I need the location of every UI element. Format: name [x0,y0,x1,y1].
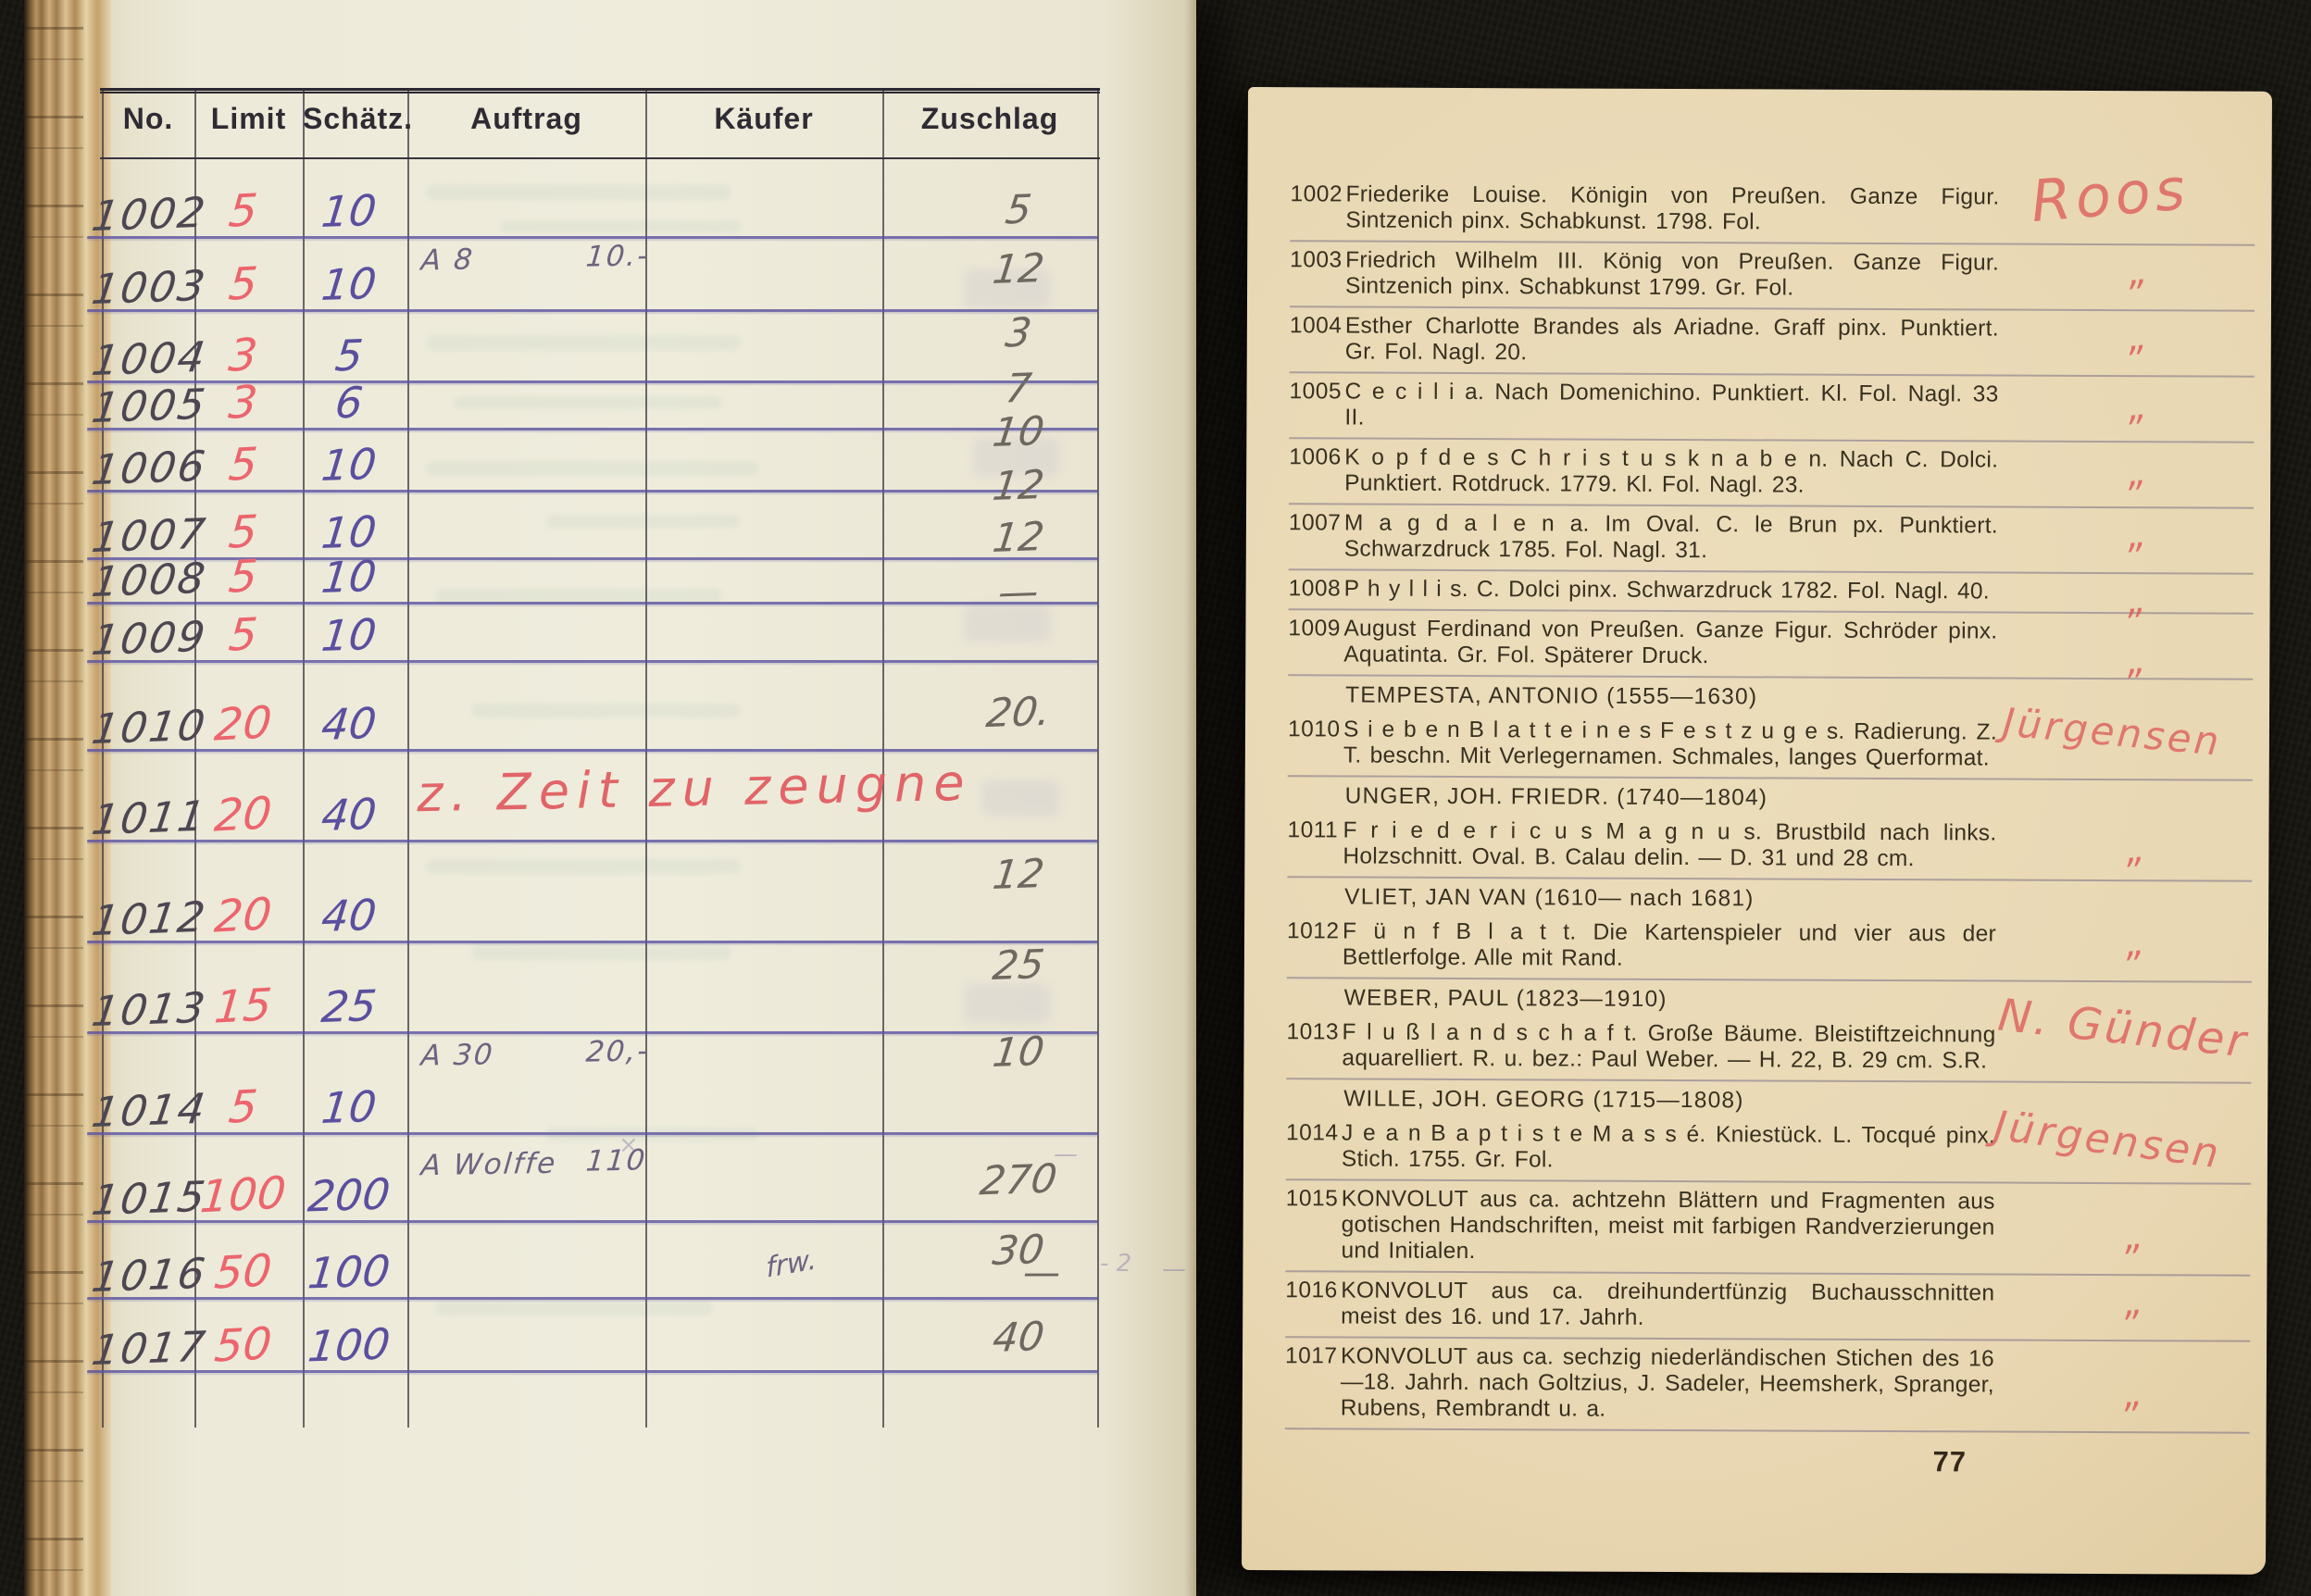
catalog-entry: 1003Friedrich Wilhelm III. König von Pre… [1290,242,2255,312]
catalog-entry: 1015KONVOLUT aus ca. achtzehn Blättern u… [1285,1180,2250,1277]
faint-pencil-mark: — [1162,1255,1186,1283]
catalog-entries: 1002Friederike Louise. Königin von Preuß… [1284,176,2255,1480]
lot-description: Esther Charlotte Brandes als Ariadne. Gr… [1345,313,1999,368]
estimate-value-handwritten: 100 [295,1245,403,1299]
hammer-price-handwritten: 12 [946,512,1092,563]
hammer-price-handwritten: 3 [946,307,1092,358]
lot-number: 1011 [1287,817,1343,869]
hammer-price-handwritten: 12 [946,849,1092,900]
limit-value-handwritten: 50 [187,1316,299,1374]
limit-value-handwritten: 5 [187,548,299,605]
book-spread-scan: No.LimitSchätz.AuftragKäuferZuschlag 100… [0,0,2311,1596]
table-vertical-rule [645,91,647,1428]
lot-number: 1016 [1285,1278,1341,1329]
lot-description: KONVOLUT aus ca. sechzig niederländische… [1341,1343,1994,1424]
faint-pencil-mark: - 2 [1100,1250,1131,1278]
limit-value-handwritten: 5 [187,182,299,240]
catalog-entry: 1006K o p f d e s C h r i s t u s k n a … [1289,439,2254,509]
column-header: Schätz. [303,102,407,136]
lot-number: 1006 [1289,444,1344,496]
lot-number: 1008 [1289,576,1344,602]
column-header: Käufer [645,102,882,136]
limit-value-handwritten: 5 [187,606,299,664]
catalog-entry: 1005C e c i l i a. Nach Domenichino. Pun… [1289,373,2254,443]
lot-number: 1004 [1290,313,1345,365]
artist-heading: VLIET, JAN VAN (1610— nach 1681) [1287,878,2252,917]
catalog-entry: 1008P h y l l i s. C. Dolci pinx. Schwar… [1289,570,2254,615]
lot-description: J e a n B a p t i s t e M a s s é. Knies… [1342,1120,1995,1175]
catalog-entry: 1014J e a n B a p t i s t e M a s s é. K… [1286,1115,2251,1185]
limit-value-handwritten: 5 [187,1079,299,1136]
lot-description: K o p f d e s C h r i s t u s k n a b e … [1344,444,1998,499]
column-header: Auftrag [407,102,645,136]
hammer-price-handwritten: 10 [946,406,1092,457]
lot-number: 1009 [1288,616,1343,667]
page-number: 77 [1932,1445,2016,1478]
ditto-mark-red-annotation: „ [2125,385,2146,430]
lot-number: 1010 [1288,717,1343,768]
table-top-rule [100,88,1100,94]
limit-value-handwritten: 20 [187,695,299,753]
hammer-price-handwritten: — [946,567,1092,617]
estimate-value-handwritten: 40 [295,697,403,751]
ditto-mark-red-annotation: „ [2124,639,2145,683]
lot-number: 1012 [1287,918,1343,970]
ditto-mark-red-annotation: „ [2121,1215,2142,1259]
limit-value-handwritten: 15 [187,978,299,1035]
buyer-note-handwritten: frw. [765,1243,818,1285]
lot-number: 1014 [1286,1120,1342,1172]
estimate-value-handwritten: 10 [295,184,403,238]
estimate-value-handwritten: 6 [295,376,403,430]
limit-value-handwritten: 50 [187,1243,299,1301]
estimate-value-handwritten: 100 [295,1318,403,1372]
catalog-entry: 1016KONVOLUT aus ca. dreihundertfünzig B… [1285,1272,2250,1342]
lot-number: 1003 [1290,247,1345,299]
ditto-mark-red-annotation: „ [2121,1280,2142,1325]
limit-value-handwritten: 20 [187,786,299,843]
ditto-mark-red-annotation: „ [2125,513,2146,557]
estimate-value-handwritten: 5 [295,329,403,382]
lot-description: C e c i l i a. Nach Domenichino. Punktie… [1344,379,1998,433]
hammer-price-handwritten: 40 [946,1312,1092,1363]
catalog-entry: 1007M a g d a l e n a. Im Oval. C. le Br… [1289,505,2254,575]
hammer-price-handwritten: 30 [946,1225,1092,1276]
order-note-handwritten: A 30 [419,1038,495,1072]
lot-description: F ü n f B l a t t. Die Kartenspieler und… [1343,918,1996,973]
estimate-value-handwritten: 10 [295,257,403,311]
lot-number: 1013 [1286,1019,1342,1071]
table-vertical-rule [1097,91,1099,1428]
lot-number: 1015 [1285,1186,1341,1264]
faint-pencil-mark: × [618,1131,639,1159]
catalog-entry: 1009August Ferdinand von Preußen. Ganze … [1288,610,2253,680]
lot-description: KONVOLUT aus ca. achtzehn Blättern und F… [1341,1186,1994,1266]
lot-description: Friederike Louise. Königin von Preußen. … [1345,181,1999,236]
ditto-mark-red-annotation: „ [2125,451,2146,495]
catalog-entry: 1004Esther Charlotte Brandes als Ariadne… [1290,307,2255,378]
ditto-mark-red-annotation: „ [2121,1372,2142,1416]
ditto-mark-red-annotation: „ [2126,316,2147,360]
hammer-price-underdash: — [1023,1252,1060,1294]
withdrawn-note-red-handwritten: z. Zeit zu zeugne [416,754,972,824]
lot-description: F r i e d e r i c u s M a g n u s. Brust… [1343,817,1996,872]
column-header: Limit [194,102,303,136]
order-note-handwritten: A 8 [419,243,475,278]
lot-description: August Ferdinand von Preußen. Ganze Figu… [1343,616,1997,670]
estimate-value-handwritten: 10 [295,438,403,492]
catalog-entry: 1010S i e b e n B l a t t e i n e s F e … [1288,711,2253,781]
catalog-entry: 1002Friederike Louise. Königin von Preuß… [1290,176,2255,246]
estimate-value-handwritten: 40 [295,889,403,942]
hammer-price-handwritten: 25 [946,940,1092,991]
estimate-value-handwritten: 10 [295,1080,403,1134]
hammer-price-handwritten: 10 [946,1027,1092,1078]
ditto-mark-red-annotation: „ [2126,250,2147,294]
lot-number: 1017 [1285,1343,1341,1421]
lot-number: 1007 [1289,510,1344,562]
catalog-entry: 1012F ü n f B l a t t. Die Kartenspieler… [1287,913,2252,983]
catalog-entry: 1017KONVOLUT aus ca. sechzig niederländi… [1285,1338,2250,1434]
catalog-entry: 1011F r i e d e r i c u s M a g n u s. B… [1287,812,2252,882]
hammer-price-handwritten: 12 [946,460,1092,511]
lot-number: 1002 [1290,181,1345,233]
limit-value-handwritten: 20 [187,887,299,944]
lot-description: P h y l l i s. C. Dolci pinx. Schwarzdru… [1344,576,1998,605]
catalog-page: 1002Friederike Louise. Königin von Preuß… [1242,87,2272,1575]
hammer-price-handwritten: 5 [946,184,1092,235]
hammer-price-handwritten: 12 [946,243,1092,294]
order-amount-handwritten: 10.- [584,239,651,273]
hammer-price-handwritten: 20. [946,687,1092,738]
lot-description: M a g d a l e n a. Im Oval. C. le Brun p… [1344,510,1998,565]
limit-value-handwritten: 100 [187,1166,299,1224]
buyer-name-red-annotation: Roos [2029,155,2192,235]
column-header: Zuschlag [882,102,1097,136]
order-amount-handwritten: 20,- [584,1034,651,1068]
estimate-value-handwritten: 200 [295,1168,403,1222]
table-header-rule [100,157,1100,159]
limit-value-handwritten: 5 [187,436,299,493]
limit-value-handwritten: 3 [187,374,299,431]
artist-heading: UNGER, JOH. FRIEDR. (1740—1804) [1288,777,2253,817]
lot-description: S i e b e n B l a t t e i n e s F e s t … [1343,717,1997,771]
estimate-value-handwritten: 10 [295,550,403,604]
faint-pencil-mark: — [1054,1141,1078,1168]
estimate-value-handwritten: 10 [295,608,403,662]
ditto-mark-red-annotation: „ [2123,921,2144,966]
table-vertical-rule [407,91,409,1428]
estimate-value-handwritten: 40 [295,788,403,842]
lot-description: KONVOLUT aus ca. dreihundertfünzig Bucha… [1341,1278,1994,1332]
catalog-entry: 1013F l u ß l a n d s c h a f t. Große B… [1286,1014,2251,1084]
column-header: No. [102,102,194,136]
ditto-mark-red-annotation: „ [2123,828,2144,872]
lot-number: 1005 [1289,379,1344,430]
lot-description: F l u ß l a n d s c h a f t. Große Bäume… [1342,1019,1995,1074]
limit-value-handwritten: 5 [187,256,299,313]
artist-heading: WILLE, JOH. GEORG (1715—1808) [1286,1079,2251,1119]
lot-description: Friedrich Wilhelm III. König von Preußen… [1345,247,1999,302]
order-note-handwritten: A Wolffe [419,1147,558,1183]
estimate-value-handwritten: 25 [295,979,403,1033]
